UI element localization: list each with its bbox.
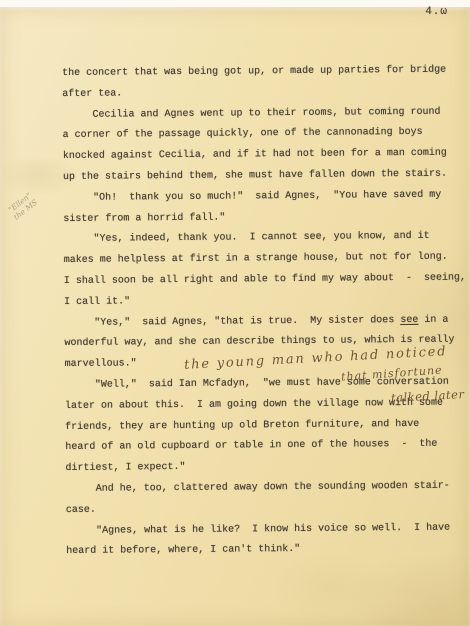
typed-line: the concert that was being got up, or ma… (62, 60, 464, 84)
typed-line: "Oh! thank you so much!" said Agnes, "Yo… (63, 185, 465, 209)
typed-text-block: the concert that was being got up, or ma… (62, 60, 468, 563)
typed-line: "Agnes, what is he like? I know his voic… (66, 518, 468, 542)
underlined-word: see (400, 314, 418, 325)
scanned-manuscript-page: 4.ω "Ellen" the MS the concert that was … (0, 0, 470, 626)
typed-line: And he, too, clattered away down the sou… (66, 476, 468, 500)
typed-line: heard it before, where, I can't think." (66, 539, 468, 563)
typed-segment: "Yes," said Agnes, "that is true. My sis… (94, 315, 400, 329)
typed-line: I shall soon be all right and able to fi… (64, 268, 466, 292)
typed-segment: in a (418, 314, 448, 325)
typed-line: heard of an old cupboard or table in one… (65, 435, 467, 459)
page-number: 4.ω (425, 6, 448, 18)
